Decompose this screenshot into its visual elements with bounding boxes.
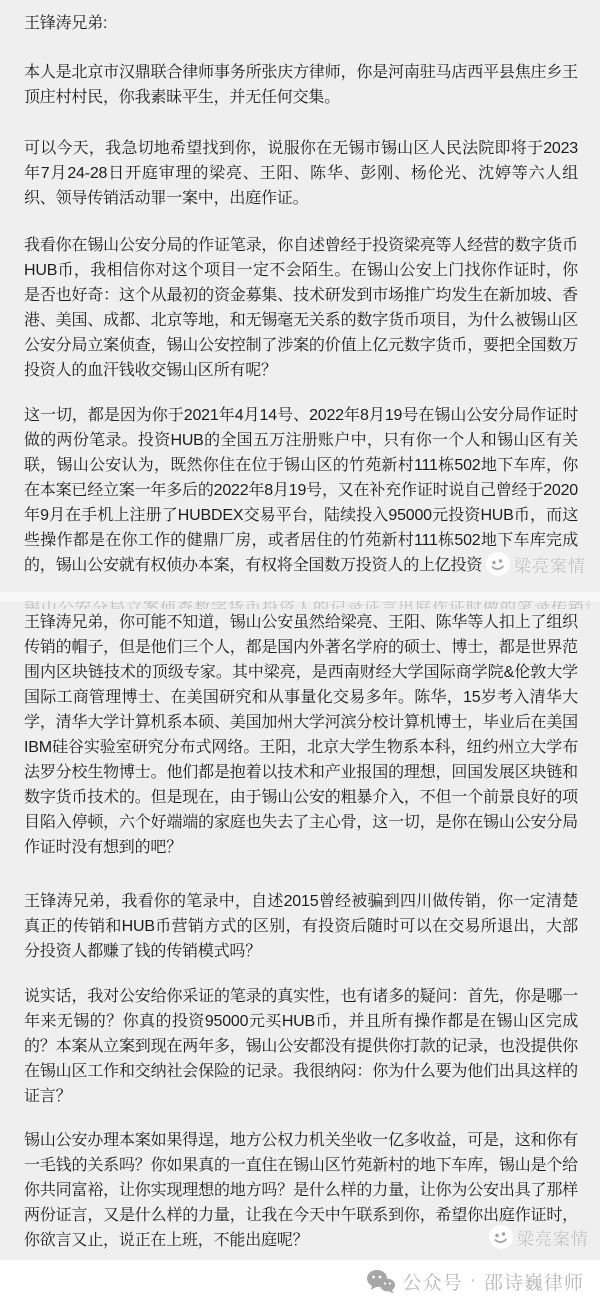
article-page: 王锋涛兄弟: 本人是北京市汉鼎联合律师事务所张庆方律师，你是河南驻马店西平县焦庄… — [0, 0, 600, 1302]
paragraph-testimony-question: 我看你在锡山公安分局的作证笔录，你自述曾经于投资梁亮等人经营的数字货币HUB币，… — [24, 233, 578, 383]
paragraph-pyramid-scheme: 王锋涛兄弟，我看你的笔录中，自述2015曾经被骗到四川做传销，你一定清楚真正的传… — [24, 889, 578, 964]
paragraph-purpose: 可以今天，我急切地希望找到你，说服你在无锡市锡山区人民法院即将于2023年7月2… — [24, 136, 578, 211]
footer-watermark: 公众号 · 邵诗巍律师 — [0, 1260, 600, 1302]
paragraph-records: 这一切，都是因为你于2021年4月14号、2022年8月19号在锡山公安分局作证… — [24, 403, 578, 578]
screenshot-seam — [0, 592, 600, 601]
footer-account-label: 公众号 · 邵诗巍律师 — [403, 1268, 584, 1295]
footer-account-prefix: 公众号 — [403, 1268, 463, 1295]
paragraph-intro: 本人是北京市汉鼎联合律师事务所张庆方律师，你是河南驻马店西平县焦庄乡王顶庄村村民… — [24, 60, 578, 110]
footer-separator: · — [470, 1270, 477, 1292]
paragraph-closing-questions: 锡山公安办理本案如果得逞，地方公权力机关坐收一亿多收益，可是，这和你有一毛钱的关… — [24, 1128, 578, 1253]
footer-account-name: 邵诗巍律师 — [484, 1268, 584, 1295]
paragraph-doubts: 说实话，我对公安给你采证的笔录的真实性，也有诸多的疑问：首先，你是哪一年来无锡的… — [24, 984, 578, 1109]
paragraph-defendants-background: 王锋涛兄弟，你可能不知道，锡山公安虽然给梁亮、王阳、陈华等人扣上了组织传销的帽子… — [24, 610, 578, 860]
wechat-icon — [366, 1269, 396, 1294]
salutation: 王锋涛兄弟: — [24, 11, 578, 36]
clipped-text-line: 锡山公安分局立案侦查数字货币投资人的记录证言出庭作证时做的笔录传销活动 — [24, 601, 590, 609]
